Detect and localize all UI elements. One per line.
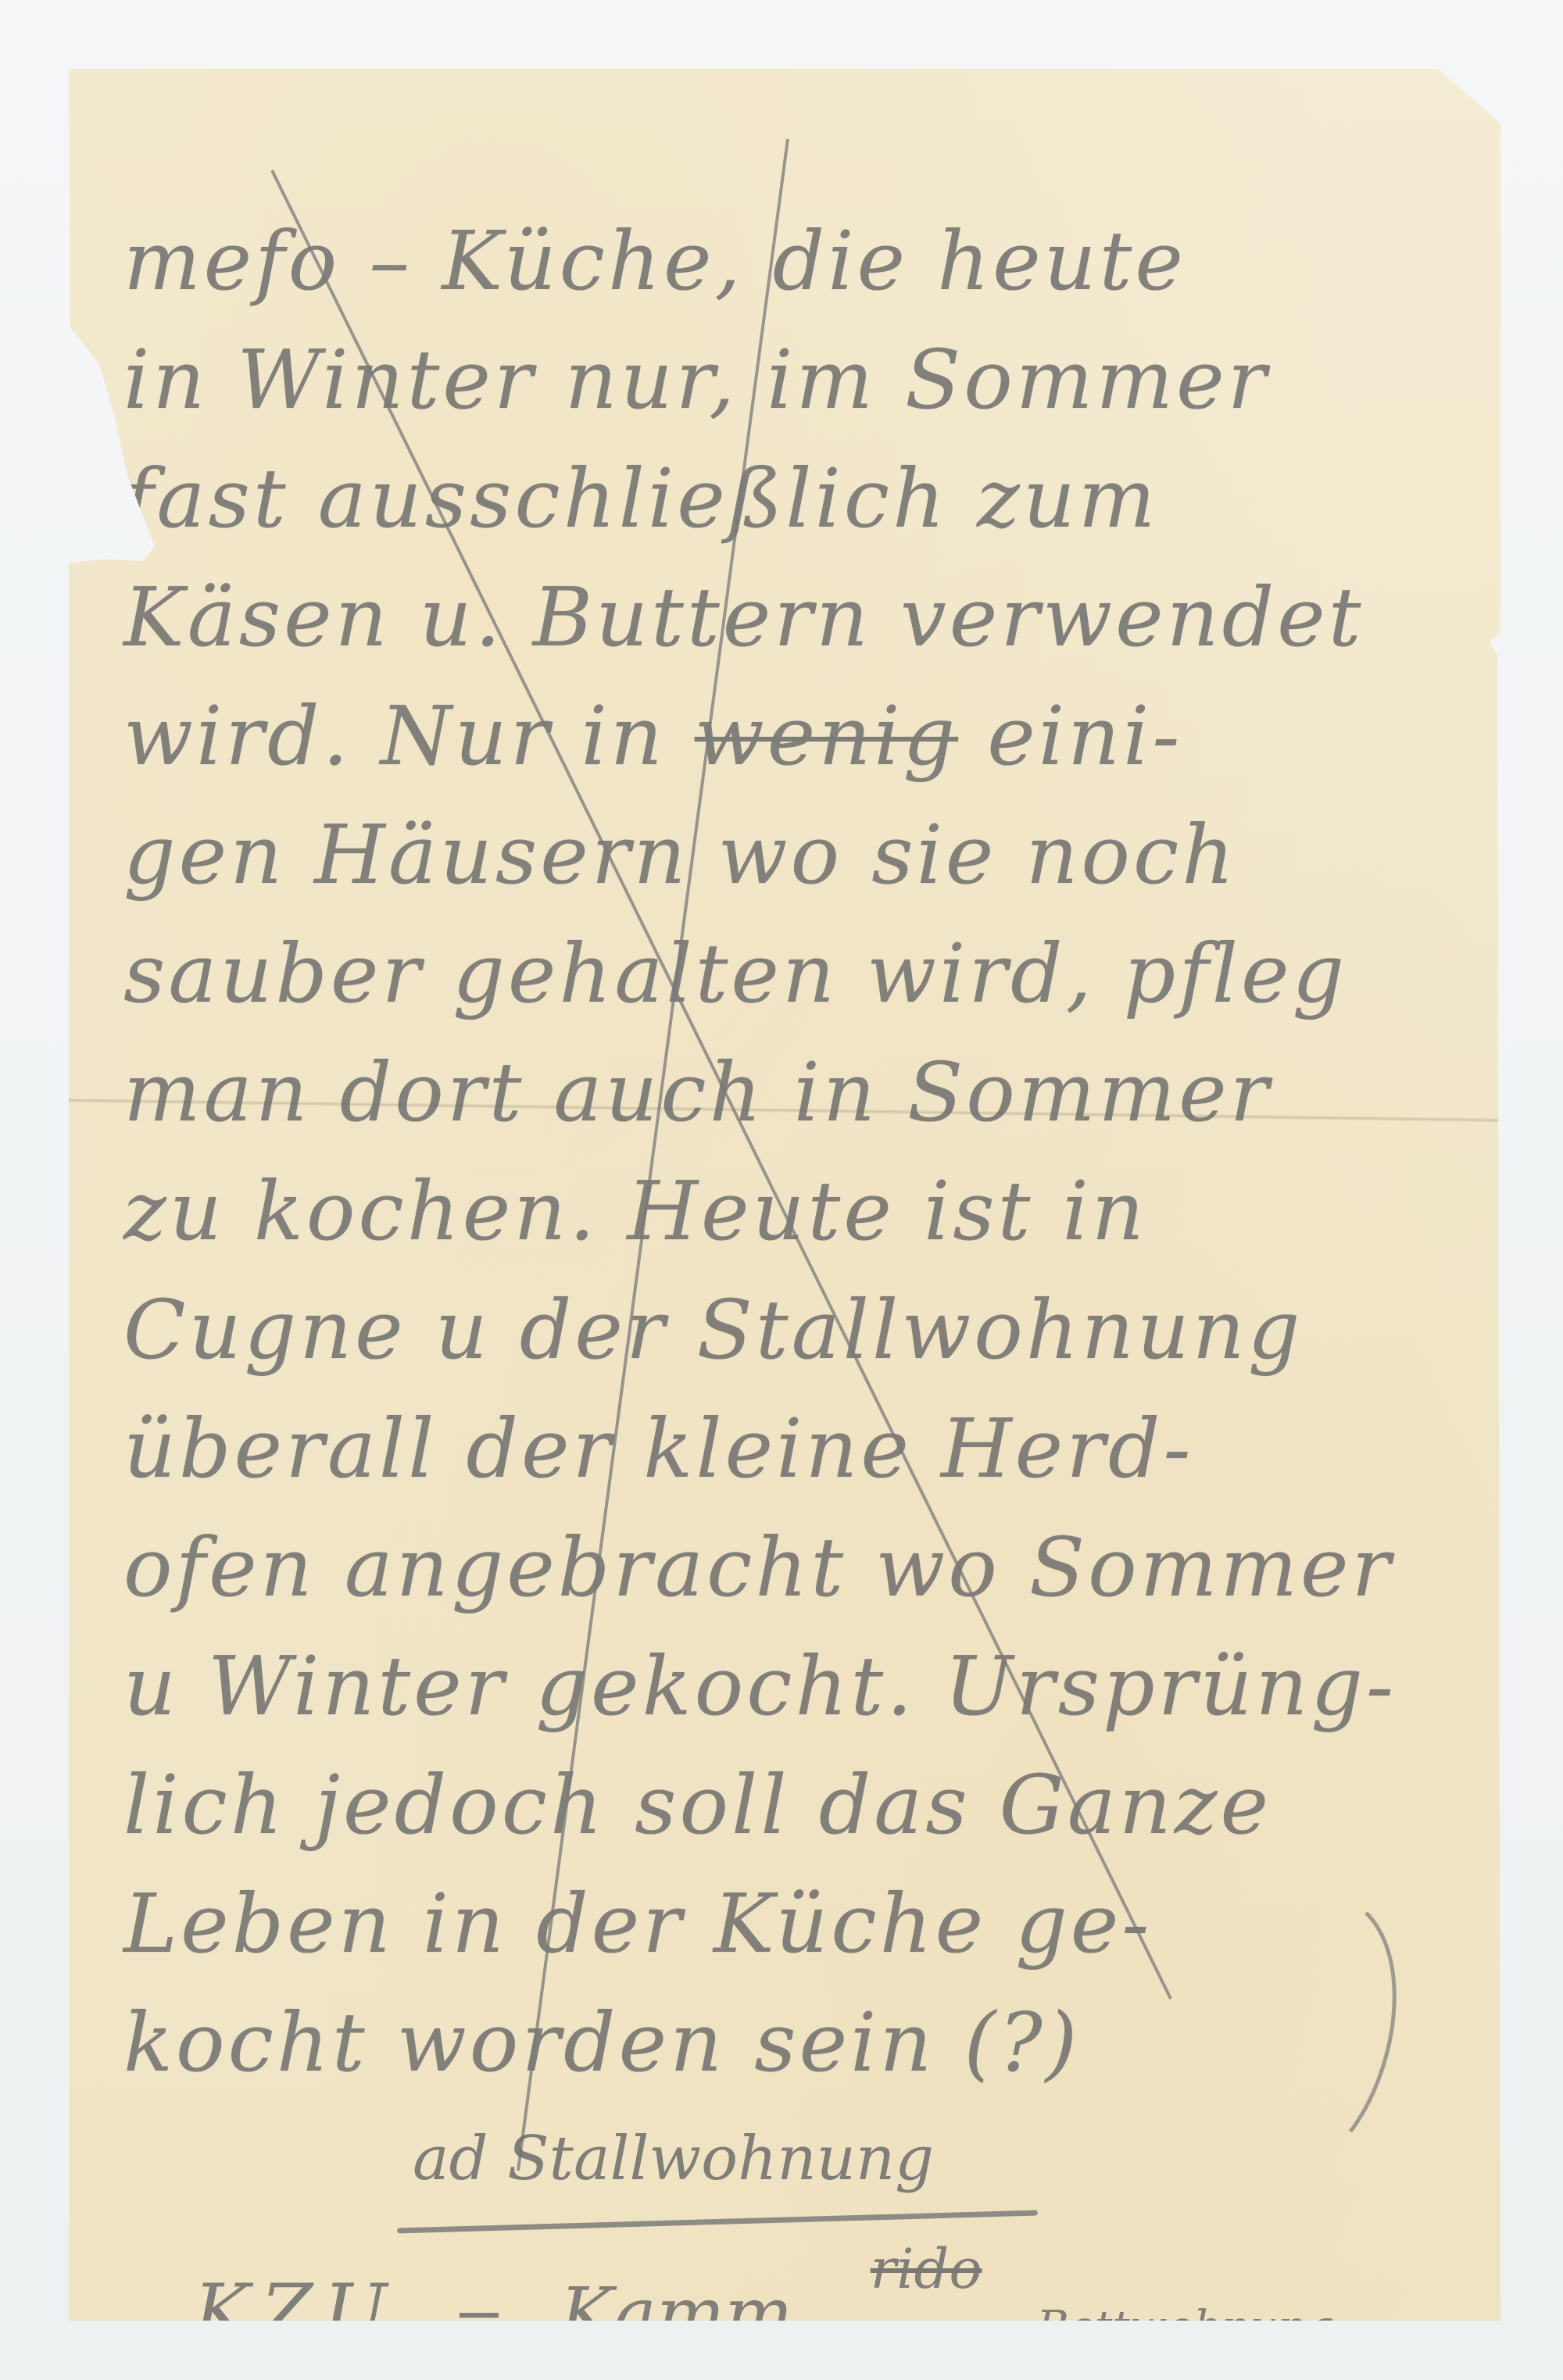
text-line-9: zu kochen. Heute ist in <box>123 1152 1468 1270</box>
text-line-15: Leben in der Küche ge- <box>123 1864 1468 1983</box>
text-line-4: Käsen u. Buttern verwendet <box>123 558 1468 677</box>
text-line-6: gen Häusern wo sie noch <box>123 795 1468 914</box>
text-line-5-start: wird. Nur in <box>123 688 695 784</box>
text-line-1: mefo – Küche, die heute <box>123 202 1468 320</box>
text-line-10: Cugne u der Stallwohnung <box>123 1270 1468 1389</box>
handwritten-body: mefo – Küche, die heute in Winter nur, i… <box>123 202 1468 2102</box>
text-line-14: lich jedoch soll das Ganze <box>123 1746 1468 1864</box>
text-line-13: u Winter gekocht. Ursprüng- <box>123 1627 1468 1746</box>
text-line-11: überall der kleine Herd- <box>123 1389 1468 1508</box>
annotation-underline <box>397 2210 1038 2234</box>
text-line-7: sauber gehalten wird, pfleg <box>123 914 1468 1033</box>
text-line-16: kocht worden sein (?) <box>123 1983 1468 2102</box>
text-line-12: ofen angebracht wo Sommer <box>123 1508 1468 1627</box>
struck-word-wenig: wenig <box>695 688 958 784</box>
manuscript-page: mefo – Küche, die heute in Winter nur, i… <box>69 69 1500 2321</box>
text-line-3: fast ausschließlich zum <box>123 439 1468 558</box>
text-line-8: man dort auch in Sommer <box>123 1033 1468 1152</box>
struck-footer-word: rido <box>871 2237 982 2301</box>
text-line-5-end: eini- <box>958 688 1182 784</box>
text-line-5: wird. Nur in wenig eini- <box>123 677 1468 795</box>
underlined-annotation: ad Stallwohnung <box>413 2124 934 2194</box>
text-line-2: in Winter nur, im Sommer <box>123 320 1468 439</box>
